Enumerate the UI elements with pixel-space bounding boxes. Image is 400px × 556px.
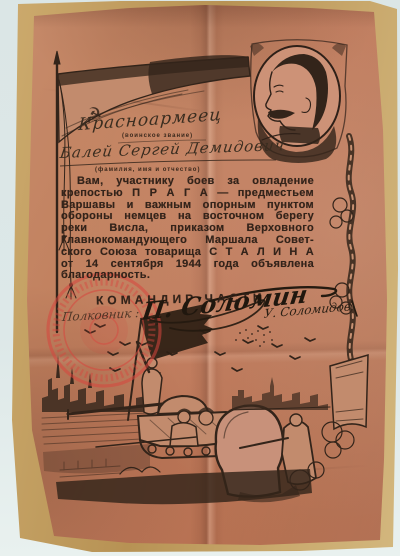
citation-line: ского Союза товарища С Т А Л И Н А [61, 247, 314, 259]
rank-caption: (воинское звание) [122, 133, 193, 139]
citation-text: Вам, участнику боев за овладение крепост… [61, 176, 314, 282]
citation-line: Главнокомандующего Маршала Совет- [61, 235, 314, 247]
name-caption: (фамилия, имя и отчество) [95, 167, 200, 173]
citation-line: благодарность. [61, 270, 314, 282]
photo-of-certificate: ☭ [0, 0, 400, 556]
certificate-paper: ☭ [0, 0, 400, 556]
citation-line: крепостью П Р А Г А — предместьем [61, 188, 314, 200]
